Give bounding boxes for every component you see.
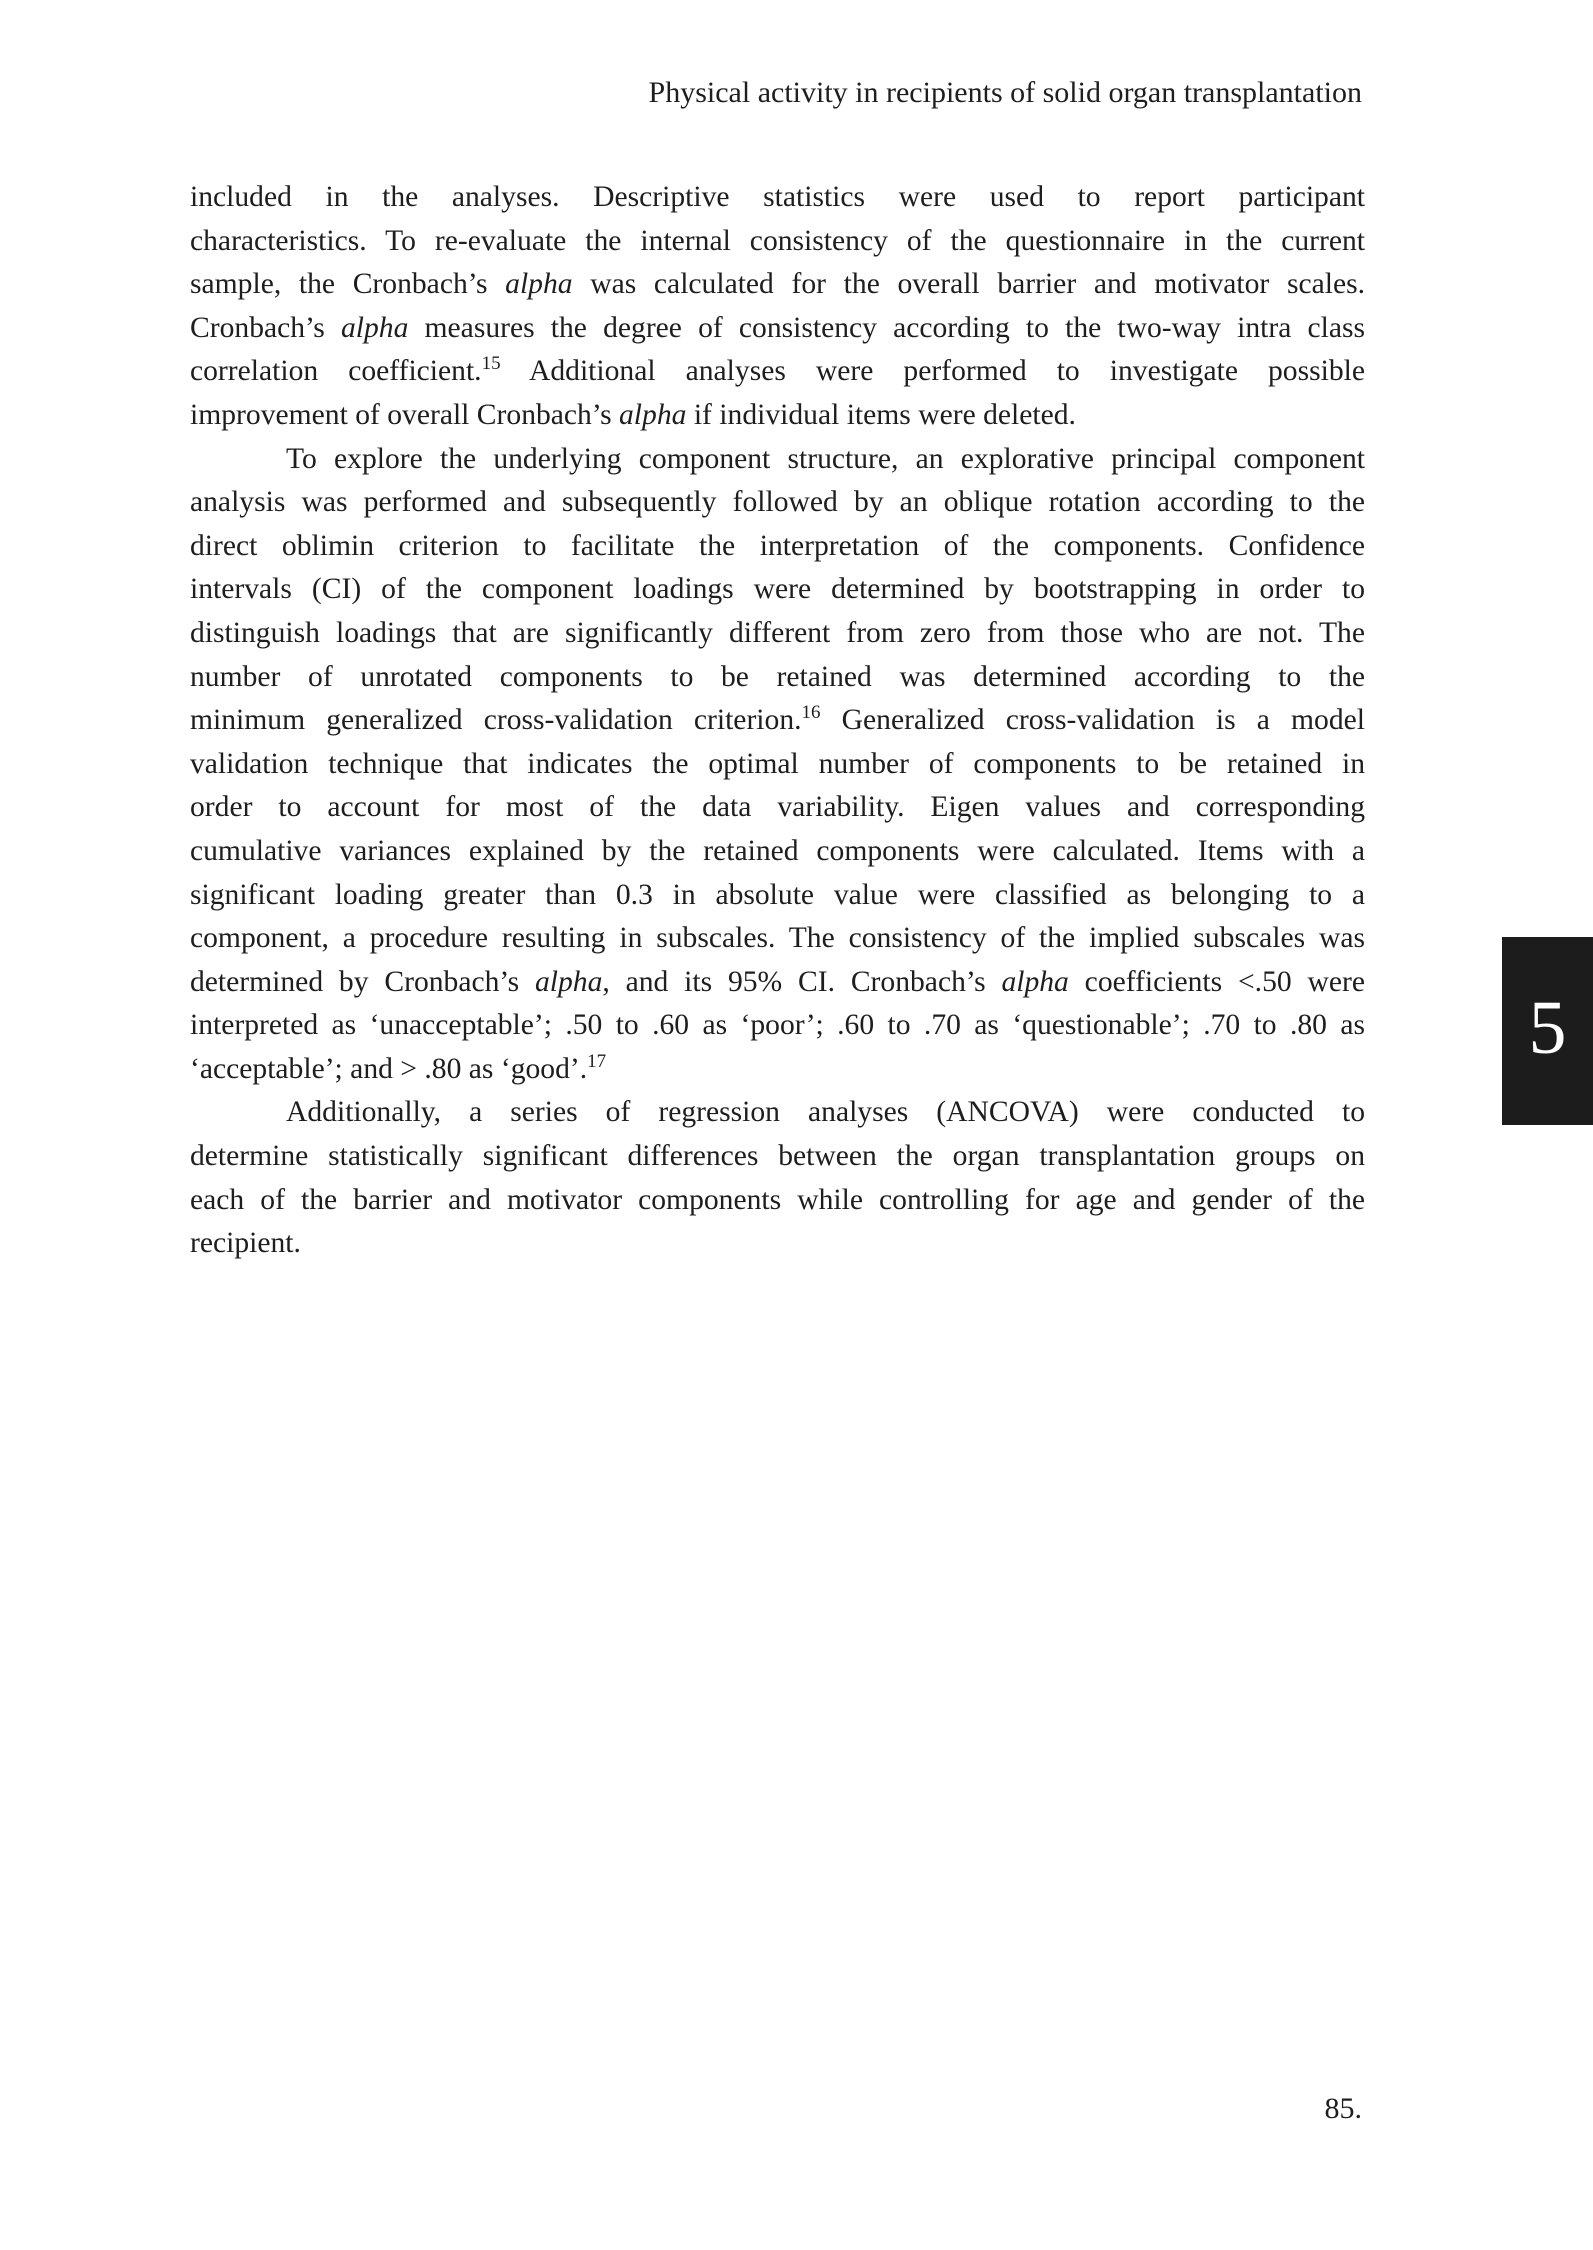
chapter-tab: 5 xyxy=(1502,937,1593,1125)
text-line: correlation coefficient.15 Additional an… xyxy=(190,350,1365,394)
text-line: Additionally, a series of regression ana… xyxy=(190,1091,1365,1135)
text-line: component, a procedure resulting in subs… xyxy=(190,917,1365,961)
text-line: improvement of overall Cronbach’s alpha … xyxy=(190,394,1365,438)
text-line: included in the analyses. Descriptive st… xyxy=(190,176,1365,220)
running-header-title: Physical activity in recipients of solid… xyxy=(649,76,1362,110)
text-line: each of the barrier and motivator compon… xyxy=(190,1179,1365,1223)
citation-superscript: 17 xyxy=(587,1051,606,1072)
text-line: ‘acceptable’; and > .80 as ‘good’.17 xyxy=(190,1048,1365,1092)
chapter-number: 5 xyxy=(1502,983,1593,1073)
citation-superscript: 16 xyxy=(802,702,821,723)
text-line: distinguish loadings that are significan… xyxy=(190,612,1365,656)
paragraph: Additionally, a series of regression ana… xyxy=(190,1091,1365,1265)
text-line: determine statistically significant diff… xyxy=(190,1135,1365,1179)
text-line: interpreted as ‘unacceptable’; .50 to .6… xyxy=(190,1004,1365,1048)
text-line: analysis was performed and subsequently … xyxy=(190,481,1365,525)
text-line: direct oblimin criterion to facilitate t… xyxy=(190,525,1365,569)
text-line: intervals (CI) of the component loadings… xyxy=(190,568,1365,612)
text-line: minimum generalized cross-validation cri… xyxy=(190,699,1365,743)
text-line: characteristics. To re-evaluate the inte… xyxy=(190,220,1365,264)
italic-term: alpha xyxy=(619,399,686,431)
text-line: sample, the Cronbach’s alpha was calcula… xyxy=(190,263,1365,307)
text-line: Cronbach’s alpha measures the degree of … xyxy=(190,307,1365,351)
text-line: order to account for most of the data va… xyxy=(190,786,1365,830)
body-text: included in the analyses. Descriptive st… xyxy=(190,176,1365,1266)
text-line: number of unrotated components to be ret… xyxy=(190,656,1365,700)
text-line: cumulative variances explained by the re… xyxy=(190,830,1365,874)
italic-term: alpha xyxy=(1001,966,1068,998)
citation-superscript: 15 xyxy=(482,353,501,374)
page-number: 85. xyxy=(1325,2092,1363,2126)
text-line: validation technique that indicates the … xyxy=(190,743,1365,787)
paragraph: To explore the underlying component stru… xyxy=(190,438,1365,1092)
text-line: significant loading greater than 0.3 in … xyxy=(190,874,1365,918)
italic-term: alpha xyxy=(505,268,572,300)
italic-term: alpha xyxy=(341,312,408,344)
text-line: recipient. xyxy=(190,1222,1365,1266)
italic-term: alpha xyxy=(535,966,602,998)
text-line: determined by Cronbach’s alpha, and its … xyxy=(190,961,1365,1005)
paragraph: included in the analyses. Descriptive st… xyxy=(190,176,1365,438)
text-line: To explore the underlying component stru… xyxy=(190,438,1365,482)
